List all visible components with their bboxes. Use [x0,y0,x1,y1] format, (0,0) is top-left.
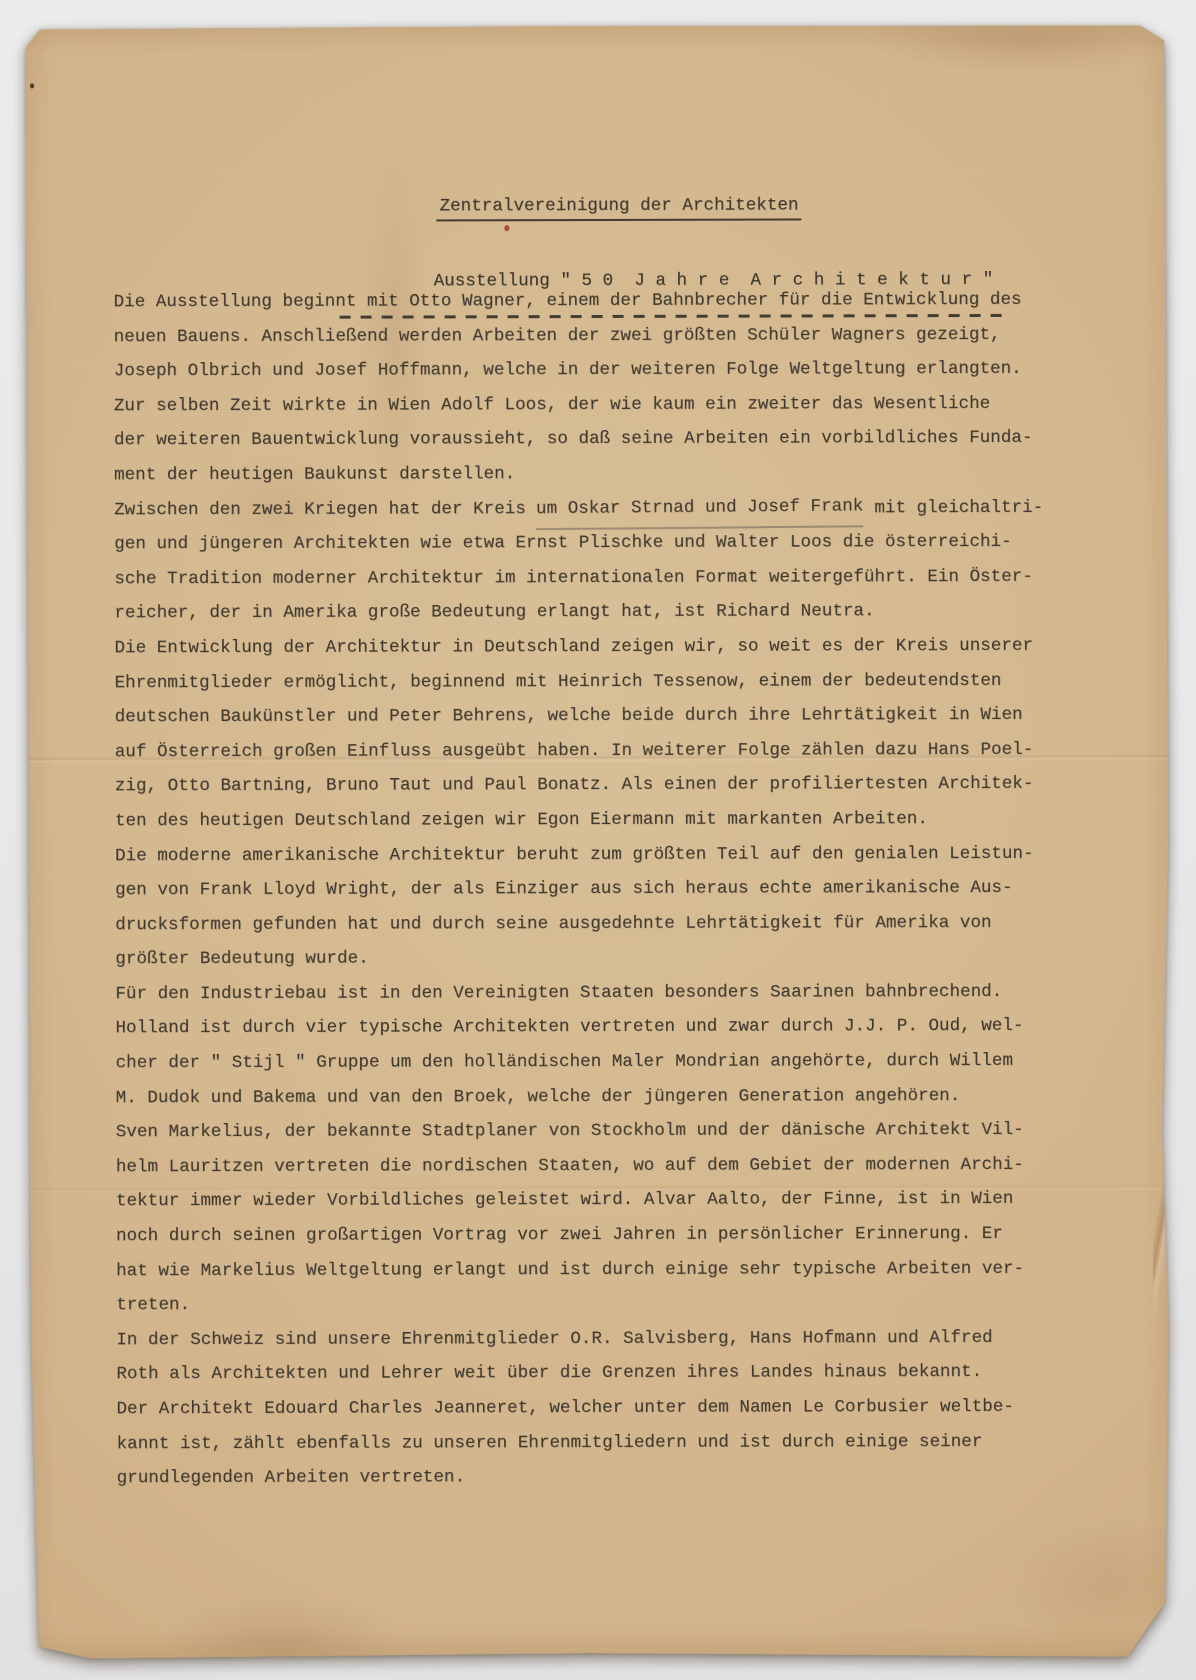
scanned-paper: Zentralvereinigung der Architekten Ausst… [26,25,1170,1660]
text-line: Für den Industriebau ist in den Vereinig… [115,975,1105,1012]
text-line: cher der " Stijl " Gruppe um den holländ… [116,1044,1106,1081]
text-line: größter Bedeutung wurde. [115,940,1105,977]
text-line: gen und jüngeren Architekten wie etwa Er… [114,525,1104,562]
text-line: Die Ausstellung beginnt mit Otto Wagner,… [114,283,1104,320]
text-line: deutschen Baukünstler und Peter Behrens,… [115,698,1105,735]
text-line: noch durch seinen großartigen Vortrag vo… [116,1217,1106,1254]
text-line: tektur immer wieder Vorbildliches geleis… [116,1182,1106,1219]
text-line: reicher, der in Amerika große Bedeutung … [114,594,1104,631]
text-line: drucksformen gefunden hat und durch sein… [115,905,1105,942]
edge-tear-mark [1153,1120,1170,1335]
text-line: In der Schweiz sind unsere Ehrenmitglied… [116,1320,1106,1357]
text-line: grundlegenden Arbeiten vertreten. [117,1459,1107,1496]
text-line: kannt ist, zählt ebenfalls zu unseren Eh… [117,1424,1107,1461]
text-line: Der Architekt Edouard Charles Jeanneret,… [116,1390,1106,1427]
text-line: Holland ist durch vier typische Architek… [115,1009,1105,1046]
text-line: Joseph Olbrich und Josef Hoffmann, welch… [114,352,1104,389]
text-line: treten. [116,1286,1106,1323]
text-line: neuen Bauens. Anschließend werden Arbeit… [114,317,1104,354]
text-line: gen von Frank Lloyd Wright, der als Einz… [115,871,1105,908]
text-line: Die Entwicklung der Architektur in Deuts… [114,629,1104,666]
text-line: der weiteren Bauentwicklung voraussieht,… [114,421,1104,458]
pencil-underline-text: um Oskar Strnad und Josef Frank [536,489,864,529]
text-line: sche Tradition moderner Architektur im i… [114,559,1104,596]
text-line: hat wie Markelius Weltgeltung erlangt un… [116,1251,1106,1288]
ink-speck [30,83,34,88]
text-line: Die moderne amerikanische Architektur be… [115,836,1105,873]
text-line: Sven Markelius, der bekannte Stadtplaner… [116,1113,1106,1150]
document-body: Die Ausstellung beginnt mit Otto Wagner,… [114,283,1107,1496]
text-line: M. Dudok und Bakema und van den Broek, w… [116,1078,1106,1115]
scanned-paper-wrapper: Zentralvereinigung der Architekten Ausst… [26,25,1170,1660]
text-line: Zur selben Zeit wirkte in Wien Adolf Loo… [114,386,1104,423]
text-line: auf Österreich großen Einfluss ausgeübt … [115,732,1105,769]
text-line: ment der heutigen Baukunst darstellen. [114,456,1104,493]
document-title-text: Zentralvereinigung der Architekten [436,195,801,221]
text-line: Roth als Architekten und Lehrer weit übe… [116,1355,1106,1392]
text-line: ten des heutigen Deutschland zeigen wir … [115,802,1105,839]
text-line: helm Lauritzen vertreten die nordischen … [116,1148,1106,1185]
text-line: Zwischen den zwei Kriegen hat der Kreis … [114,490,1104,527]
text-line: zig, Otto Bartning, Bruno Taut und Paul … [115,767,1105,804]
text-line: Ehrenmitglieder ermöglicht, beginnend mi… [115,663,1105,700]
